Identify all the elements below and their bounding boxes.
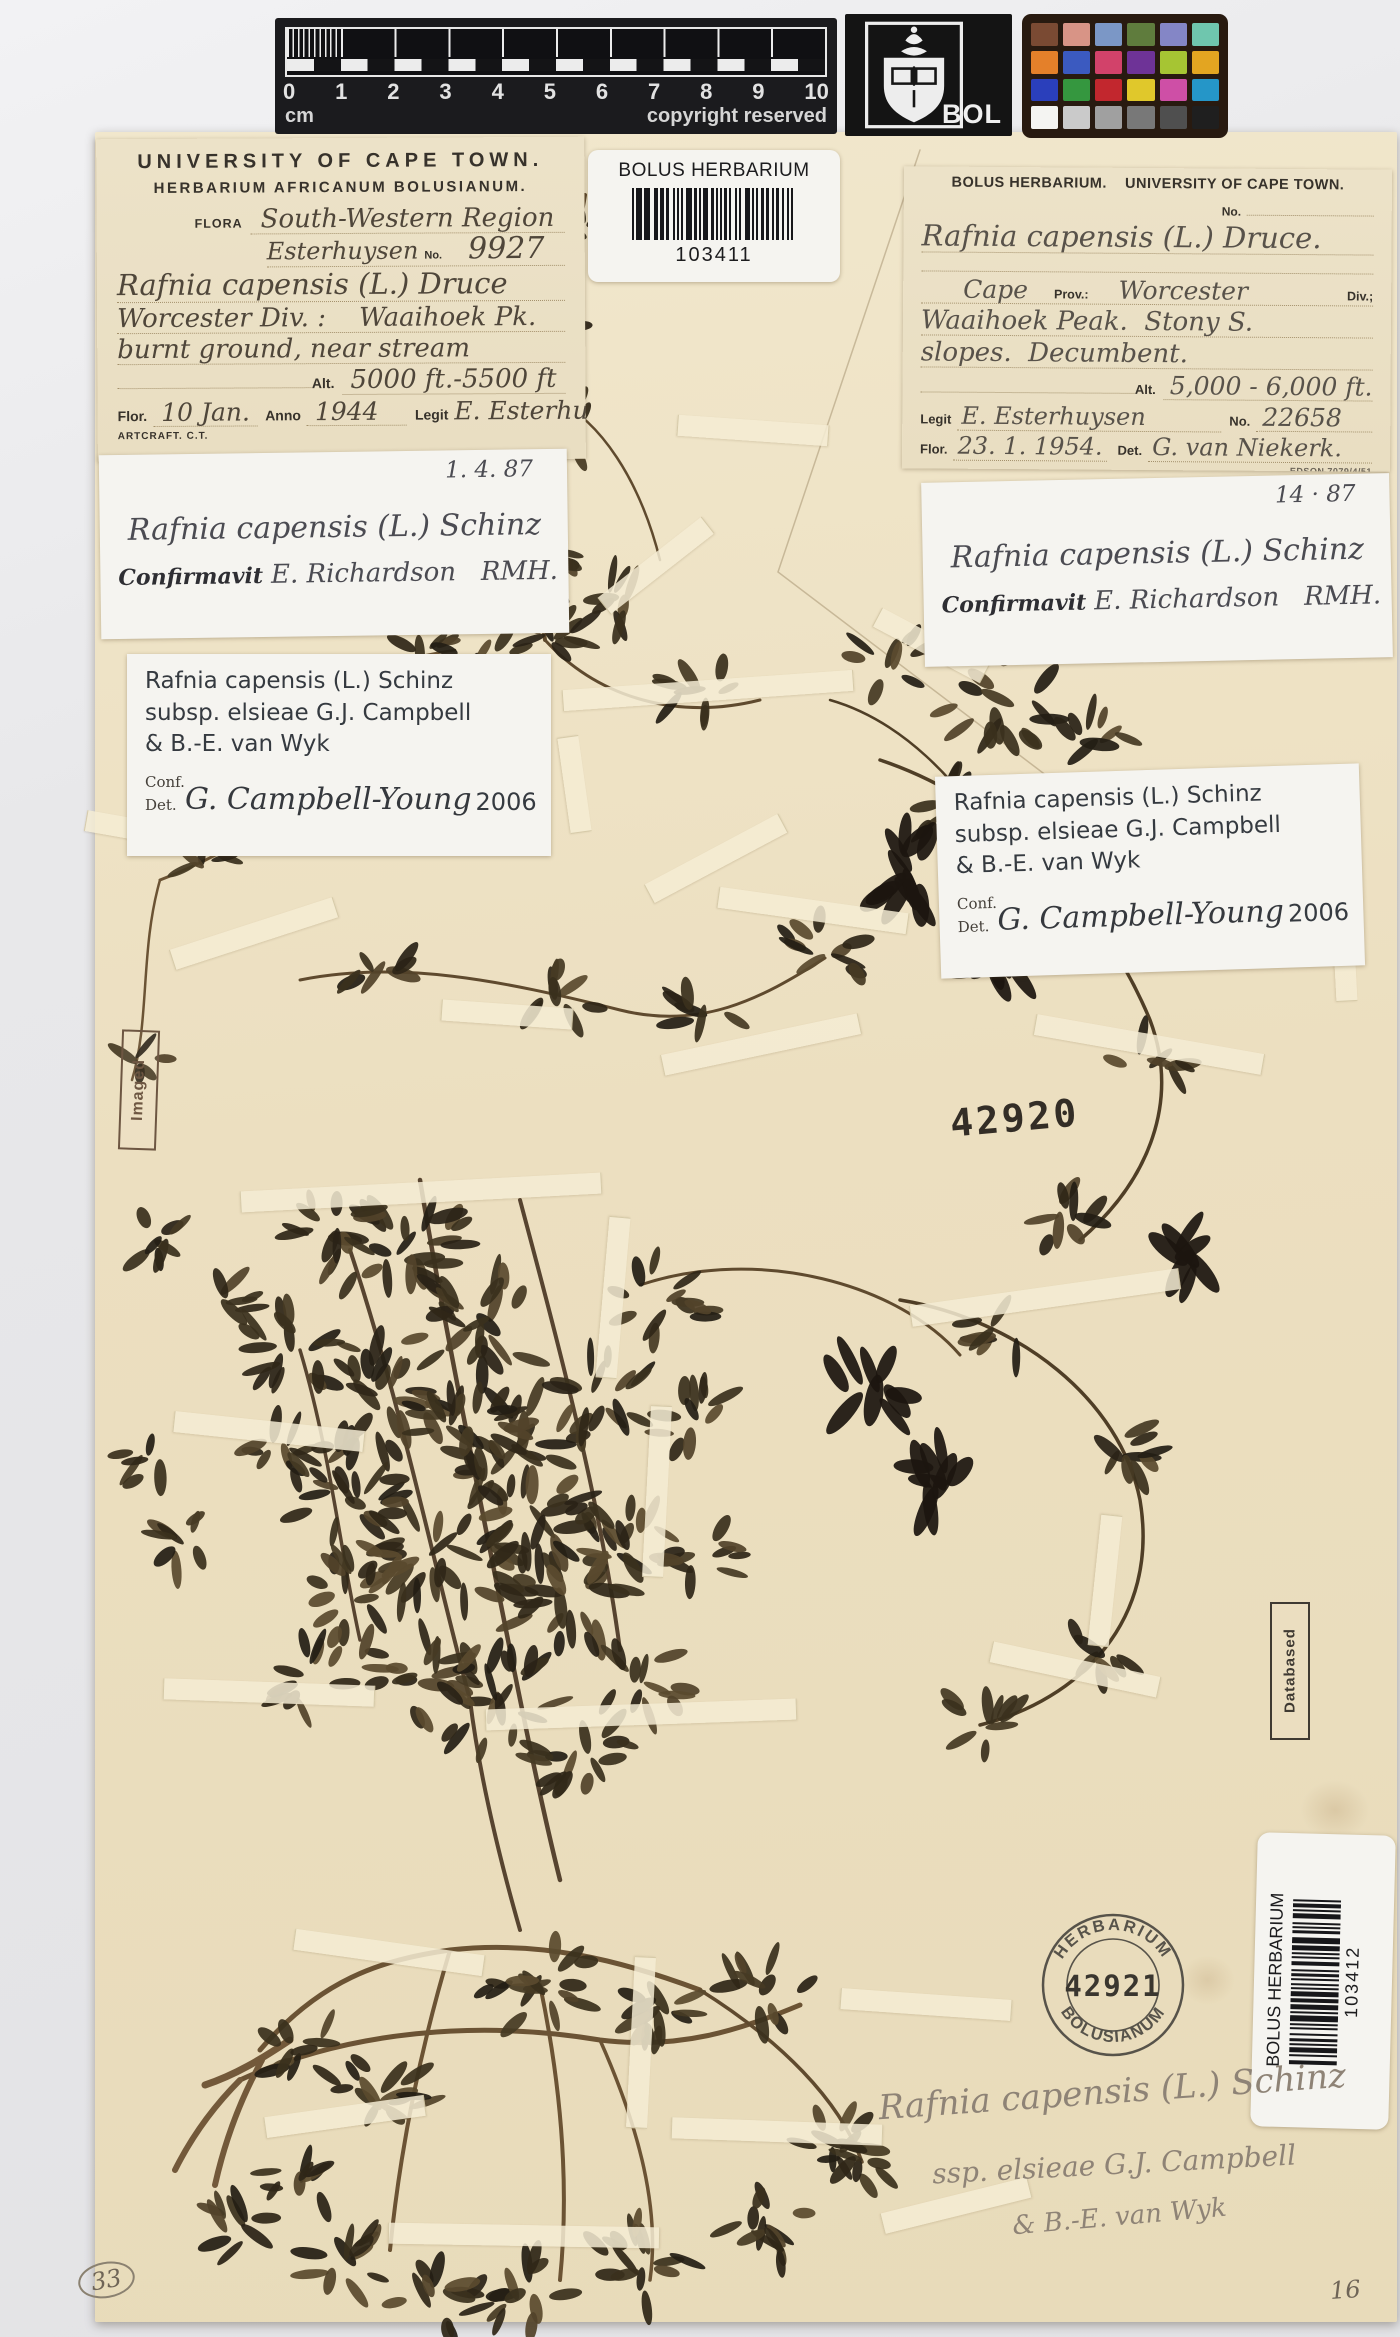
bolus-legit-label: Legit: [920, 411, 951, 426]
color-chip: [1192, 79, 1219, 102]
det-year: 2006: [1288, 898, 1350, 928]
collection-no-label: No.: [424, 250, 442, 262]
confirm-species: Rafnia capensis (L.) Schinz: [128, 509, 550, 547]
bolus-locality-1: Waaihoek Peak. Stony S.: [921, 306, 1373, 338]
ruler-number: 7: [648, 79, 660, 105]
color-chip: [1063, 23, 1090, 46]
color-chip: [1095, 106, 1122, 129]
ruler-number: 8: [700, 79, 712, 105]
ruler-number: 6: [596, 79, 608, 105]
alt-value: 5000 ft.-5500 ft: [342, 365, 565, 395]
det-species-line3: & B.-E. van Wyk: [145, 729, 533, 761]
determinavit-label-left: Rafnia capensis (L.) Schinz subsp. elsie…: [127, 654, 551, 856]
color-chip: [1063, 79, 1090, 102]
color-chip: [1192, 23, 1219, 46]
round-stamp-number: 42921: [1064, 1969, 1161, 2003]
legit-label: Legit: [415, 406, 449, 422]
color-chip: [1160, 23, 1187, 46]
herbarium-code: BOL: [942, 99, 1002, 130]
color-chip: [1063, 51, 1090, 74]
barcode-title: BOLUS HERBARIUM: [602, 160, 826, 182]
bolus-div-value: Worcester: [1118, 277, 1347, 306]
confirm-date: 14 · 87: [1275, 482, 1356, 509]
det-year: 2006: [476, 788, 537, 816]
species-name: Rafnia capensis (L.) Druce: [117, 268, 565, 303]
det-label: Det.: [145, 796, 177, 814]
bolus-prov-value: Cape: [963, 276, 1028, 303]
anno-value: 1944: [307, 398, 407, 427]
color-chip: [1031, 23, 1058, 46]
ruler-number: 4: [492, 79, 504, 105]
bolus-legit-value: E. Esterhuysen: [957, 404, 1221, 433]
printer-mark: ARTCRAFT. C.T.: [118, 429, 566, 442]
bolus-flor-label: Flor.: [920, 441, 948, 456]
ruler-scale: [285, 27, 827, 77]
confirm-signature: E. Richardson RMH.: [1094, 582, 1381, 616]
color-chip: [1031, 106, 1058, 129]
color-chip: [1063, 106, 1090, 129]
color-chip: [1127, 23, 1154, 46]
bolus-header: BOLUS HERBARIUM. UNIVERSITY OF CAPE TOWN…: [922, 174, 1374, 193]
color-chip: [1192, 106, 1219, 129]
bolus-no2-label: No.: [1229, 414, 1250, 429]
bolus-locality-2: slopes. Decumbent.: [921, 338, 1373, 370]
ruler-number: 3: [439, 79, 451, 105]
determinavit-label-right: Rafnia capensis (L.) Schinz subsp. elsie…: [935, 763, 1365, 978]
locality: Worcester Div. : Waaihoek Pk.: [117, 303, 565, 334]
bolus-det-label: Det.: [1117, 443, 1142, 458]
color-chip: [1127, 79, 1154, 102]
herbarium-scan: 012345678910 cm copyright reserved BOL U…: [0, 0, 1400, 2337]
det-species-line2: subsp. elsieae G.J. Campbell: [145, 698, 533, 730]
bolus-label: BOLUS HERBARIUM. UNIVERSITY OF CAPE TOWN…: [902, 166, 1392, 471]
confirm-signature: E. Richardson RMH.: [271, 557, 558, 589]
color-chip: [1031, 51, 1058, 74]
databased-stamp: Databased: [1270, 1602, 1310, 1740]
det-signature: G. Campbell-Young: [185, 784, 472, 816]
conf-label: Conf.: [957, 894, 998, 913]
confirmavit-label: Confirmavit: [118, 563, 263, 591]
ruler-numbers: 012345678910: [275, 77, 837, 105]
color-chip: [1160, 79, 1187, 102]
ruler-number: 5: [544, 79, 556, 105]
conf-label: Conf.: [145, 773, 185, 791]
alt-label: Alt.: [312, 375, 335, 391]
confirm-species: Rafnia capensis (L.) Schinz: [950, 533, 1373, 574]
databased-stamp-text: Databased: [1282, 1629, 1299, 1714]
barcode: [1288, 1875, 1341, 2086]
bolus-flor-value: 23. 1. 1954.: [953, 434, 1107, 462]
color-chip: [1192, 51, 1219, 74]
ruler-unit: cm: [285, 105, 314, 128]
ruler-number: 9: [752, 79, 764, 105]
ruler-checker: [287, 59, 825, 71]
scan-ruler: 012345678910 cm copyright reserved: [275, 18, 837, 134]
color-chip: [1031, 79, 1058, 102]
round-herbarium-stamp: HERBARIUM BOLUSIANUM 42921: [1038, 1910, 1188, 2060]
barcode-number: 103411: [602, 244, 826, 267]
legit-value: E. Esterhuysen: [454, 396, 586, 424]
ruler-mm-ticks: [287, 29, 341, 57]
confirmavit-label-left: 1. 4. 87 Rafnia capensis (L.) Schinz Con…: [99, 449, 570, 640]
sheet-number-right: 16: [1329, 2275, 1361, 2305]
collection-subtitle: HERBARIUM AFRICANUM BOLUSIANUM.: [116, 178, 564, 197]
collection-number: 9927: [468, 233, 545, 266]
ruler-number: 1: [335, 79, 347, 105]
bolus-det-value: G. van Niekerk.: [1148, 435, 1372, 463]
det-signature: G. Campbell-Young: [997, 896, 1284, 937]
habitat: burnt ground, near stream: [117, 334, 565, 365]
ruler-cm-blocks: [287, 29, 825, 57]
bolus-no-label: No.: [1222, 204, 1241, 218]
bolus-alt-label: Alt.: [1135, 382, 1156, 397]
flor-label: Flor.: [118, 408, 148, 424]
color-chip: [1127, 51, 1154, 74]
flor-value: 10 Jan.: [153, 398, 257, 427]
color-chip: [1095, 79, 1122, 102]
color-chip: [1095, 51, 1122, 74]
color-chip: [1160, 51, 1187, 74]
bolus-alt-value: 5,000 - 6,000 ft.: [1164, 372, 1373, 401]
collector-name: Esterhuysen: [267, 239, 419, 266]
svg-text:BOLUSIANUM: BOLUSIANUM: [1057, 2003, 1169, 2046]
confirmavit-label: Confirmavit: [941, 590, 1086, 619]
bolus-prov-label: Prov.:: [1054, 287, 1089, 301]
ruler-number: 0: [283, 79, 295, 105]
barcode-label-top: BOLUS HERBARIUM 103411: [588, 150, 840, 282]
flora-label: FLORA: [195, 217, 243, 231]
ruler-number: 10: [804, 79, 828, 105]
bolus-div-label: Div.;: [1347, 289, 1373, 303]
copyright-text: copyright reserved: [647, 105, 827, 128]
uct-crest-block: BOL: [845, 14, 1012, 136]
det-label: Det.: [957, 917, 989, 936]
color-checker: [1022, 14, 1228, 138]
color-chip: [1160, 106, 1187, 129]
det-species-line1: Rafnia capensis (L.) Schinz: [145, 666, 533, 698]
flora-value: South-Western Region: [251, 204, 565, 235]
confirm-date: 1. 4. 87: [445, 457, 533, 483]
ruler-number: 2: [387, 79, 399, 105]
anno-label: Anno: [265, 407, 301, 423]
color-chip: [1095, 23, 1122, 46]
collection-title: UNIVERSITY OF CAPE TOWN.: [116, 149, 564, 174]
color-chip: [1127, 106, 1154, 129]
bolus-species: Rafnia capensis (L.) Druce.: [921, 220, 1373, 255]
confirmavit-label-right: 14 · 87 Rafnia capensis (L.) Schinz Conf…: [921, 473, 1393, 667]
barcode: [614, 188, 814, 240]
collection-label: UNIVERSITY OF CAPE TOWN. HERBARIUM AFRIC…: [96, 137, 586, 462]
bolus-no2-value: 22658: [1256, 404, 1372, 433]
imaged-stamp: Imaged: [118, 1029, 160, 1150]
imaged-stamp-text: Imaged: [129, 1059, 149, 1122]
round-stamp-bottom-text: BOLUSIANUM: [1057, 2003, 1169, 2046]
